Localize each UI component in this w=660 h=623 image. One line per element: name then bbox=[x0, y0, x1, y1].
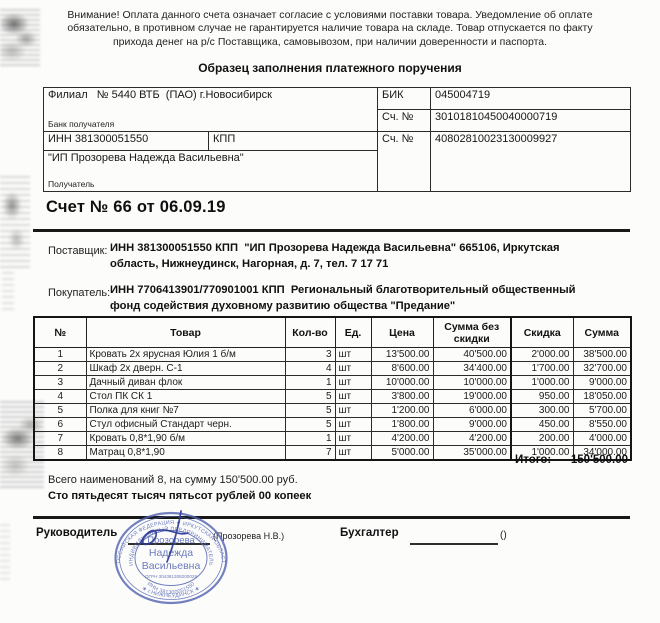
cell-sum: 9'000.00 bbox=[573, 376, 631, 390]
cell-product: Стол ПК СК 1 bbox=[86, 390, 285, 404]
table-row: 1 Кровать 2х ярусная Юлия 1 б/м 3 шт 13'… bbox=[34, 348, 631, 362]
cell-discount: 450.00 bbox=[511, 418, 573, 432]
cell-sum-no-discount: 35'000.00 bbox=[433, 446, 511, 461]
director-label: Руководитель bbox=[36, 527, 117, 539]
cell-index: 7 bbox=[34, 432, 86, 446]
notice-line: прихода денег на р/с Поставщика, самовыв… bbox=[65, 36, 595, 49]
cell-index: 3 bbox=[34, 376, 86, 390]
cell-sum: 4'000.00 bbox=[573, 432, 631, 446]
cell-unit: шт bbox=[335, 418, 371, 432]
header-qty: Кол-во bbox=[285, 317, 335, 348]
cell-sum-no-discount: 9'000.00 bbox=[433, 418, 511, 432]
cell-sum-no-discount: 40'500.00 bbox=[433, 348, 511, 362]
cell-qty: 4 bbox=[285, 362, 335, 376]
cell-qty: 5 bbox=[285, 404, 335, 418]
cell-product: Шкаф 2х дверн. С-1 bbox=[86, 362, 285, 376]
cell-unit: шт bbox=[335, 376, 371, 390]
table-row: 4 Стол ПК СК 1 5 шт 3'800.00 19'000.00 9… bbox=[34, 390, 631, 404]
cell-unit: шт bbox=[335, 446, 371, 461]
bik-label: БИК bbox=[378, 88, 431, 110]
scan-smudge-middle bbox=[0, 172, 30, 268]
header-discount: Скидка bbox=[511, 317, 573, 348]
invoice-document: Внимание! Оплата данного счета означает … bbox=[0, 0, 660, 623]
supplier-value-line: область, Нижнеудинск, Нагорная, д. 7, те… bbox=[110, 256, 630, 272]
settlement-account-value: 40802810023130009927 bbox=[431, 132, 631, 192]
table-row: 5 Полка для книг №7 5 шт 1'200.00 6'000.… bbox=[34, 404, 631, 418]
stamp-ogrn: ОГРН 304381308200029 bbox=[145, 574, 197, 579]
accountant-label: Бухгалтер bbox=[340, 527, 399, 539]
cell-index: 2 bbox=[34, 362, 86, 376]
accountant-name-parens: () bbox=[500, 530, 507, 541]
cell-product: Кровать 0,8*1,90 б/м bbox=[86, 432, 285, 446]
cell-price: 8'600.00 bbox=[371, 362, 433, 376]
buyer-value: ИНН 7706413901/770901001 КПП Региональны… bbox=[110, 282, 630, 314]
buyer-value-line: фонд содействия духовному развитию общес… bbox=[110, 298, 630, 314]
cell-sum-no-discount: 34'400.00 bbox=[433, 362, 511, 376]
cell-sum: 8'550.00 bbox=[573, 418, 631, 432]
cell-index: 6 bbox=[34, 418, 86, 432]
cell-discount: 1'000.00 bbox=[511, 376, 573, 390]
cell-qty: 3 bbox=[285, 348, 335, 362]
items-header-row: № Товар Кол-во Ед. Цена Сумма без скидки… bbox=[34, 317, 631, 348]
cell-product: Дачный диван флок bbox=[86, 376, 285, 390]
cell-index: 1 bbox=[34, 348, 86, 362]
inn-cell: ИНН 381300051550 bbox=[44, 132, 209, 151]
header-unit: Ед. bbox=[335, 317, 371, 348]
notice-line: Внимание! Оплата данного счета означает … bbox=[65, 9, 595, 22]
header-price: Цена bbox=[371, 317, 433, 348]
settlement-account-label: Сч. № bbox=[378, 132, 431, 192]
bik-value: 045004719 bbox=[431, 88, 631, 110]
invoice-title: Счет № 66 от 06.09.19 bbox=[46, 198, 226, 217]
divider-rule-top bbox=[33, 229, 630, 232]
cell-discount: 2'000.00 bbox=[511, 348, 573, 362]
table-row: 6 Стул офисный Стандарт черн. 5 шт 1'800… bbox=[34, 418, 631, 432]
cell-discount: 300.00 bbox=[511, 404, 573, 418]
payment-notice: Внимание! Оплата данного счета означает … bbox=[65, 9, 595, 49]
cell-qty: 1 bbox=[285, 432, 335, 446]
cell-price: 1'800.00 bbox=[371, 418, 433, 432]
scan-smudge-faint-2 bbox=[0, 520, 10, 580]
table-row: 7 Кровать 0,8*1,90 б/м 1 шт 4'200.00 4'2… bbox=[34, 432, 631, 446]
recipient-name: "ИП Прозорева Надежда Васильевна" bbox=[48, 152, 373, 164]
cell-index: 8 bbox=[34, 446, 86, 461]
cell-index: 5 bbox=[34, 404, 86, 418]
kpp-cell: КПП bbox=[209, 132, 378, 151]
header-sum: Сумма bbox=[573, 317, 631, 348]
corr-account-value: 30101810450040000719 bbox=[431, 110, 631, 132]
cell-price: 3'800.00 bbox=[371, 390, 433, 404]
table-row: 3 Дачный диван флок 1 шт 10'000.00 10'00… bbox=[34, 376, 631, 390]
cell-sum-no-discount: 6'000.00 bbox=[433, 404, 511, 418]
cell-qty: 5 bbox=[285, 390, 335, 404]
bank-name-cell: Филиал № 5440 ВТБ (ПАО) г.Новосибирск Ба… bbox=[44, 88, 378, 132]
cell-price: 10'000.00 bbox=[371, 376, 433, 390]
cell-qty: 1 bbox=[285, 376, 335, 390]
cell-price: 5'000.00 bbox=[371, 446, 433, 461]
items-table: № Товар Кол-во Ед. Цена Сумма без скидки… bbox=[33, 316, 632, 461]
header-index: № bbox=[34, 317, 86, 348]
cell-sum-no-discount: 4'200.00 bbox=[433, 432, 511, 446]
recipient-label: Получатель bbox=[48, 179, 373, 189]
amount-in-words: Сто пятьдесят тысяч пятьсот рублей 00 ко… bbox=[48, 490, 311, 502]
bank-details-table: Филиал № 5440 ВТБ (ПАО) г.Новосибирск Ба… bbox=[43, 87, 631, 192]
cell-qty: 7 bbox=[285, 446, 335, 461]
supplier-label: Поставщик: bbox=[48, 245, 107, 257]
cell-sum: 5'700.00 bbox=[573, 404, 631, 418]
sample-payment-order-title: Образец заполнения платежного поручения bbox=[0, 61, 660, 75]
cell-unit: шт bbox=[335, 432, 371, 446]
cell-sum: 38'500.00 bbox=[573, 348, 631, 362]
cell-product: Матрац 0,8*1,90 bbox=[86, 446, 285, 461]
cell-sum-no-discount: 10'000.00 bbox=[433, 376, 511, 390]
cell-discount: 950.00 bbox=[511, 390, 573, 404]
buyer-value-line: ИНН 7706413901/770901001 КПП Региональны… bbox=[110, 282, 630, 298]
cell-sum: 32'700.00 bbox=[573, 362, 631, 376]
cell-sum-no-discount: 19'000.00 bbox=[433, 390, 511, 404]
supplier-value: ИНН 381300051550 КПП "ИП Прозорева Надеж… bbox=[110, 240, 630, 272]
summary-line: Всего наименований 8, на сумму 150'500.0… bbox=[48, 474, 298, 486]
cell-unit: шт bbox=[335, 404, 371, 418]
cell-unit: шт bbox=[335, 362, 371, 376]
cell-unit: шт bbox=[335, 390, 371, 404]
stamp-patronymic: Васильевна bbox=[142, 560, 201, 572]
cell-product: Стул офисный Стандарт черн. bbox=[86, 418, 285, 432]
cell-discount: 200.00 bbox=[511, 432, 573, 446]
scan-smudge-faint-1 bbox=[2, 268, 14, 310]
table-row: 2 Шкаф 2х дверн. С-1 4 шт 8'600.00 34'40… bbox=[34, 362, 631, 376]
cell-price: 1'200.00 bbox=[371, 404, 433, 418]
cell-price: 4'200.00 bbox=[371, 432, 433, 446]
totals-value: 150'500.00 bbox=[571, 454, 628, 466]
bank-name: Филиал № 5440 ВТБ (ПАО) г.Новосибирск bbox=[48, 89, 373, 101]
totals-label: Итого: bbox=[515, 454, 551, 466]
cell-product: Кровать 2х ярусная Юлия 1 б/м bbox=[86, 348, 285, 362]
totals-row: Итого: 150'500.00 bbox=[515, 454, 628, 466]
buyer-label: Покупатель: bbox=[48, 287, 110, 299]
scan-smudge-top bbox=[0, 6, 40, 66]
company-stamp: РОССИЙСКАЯ ФЕДЕРАЦИЯ ★ ИРКУТСКАЯ ОБЛАСТЬ… bbox=[110, 510, 240, 623]
bank-label: Банк получателя bbox=[48, 119, 373, 129]
notice-line: обязательно, в противном случае не гаран… bbox=[65, 22, 595, 35]
cell-index: 4 bbox=[34, 390, 86, 404]
cell-sum: 18'050.00 bbox=[573, 390, 631, 404]
items-tbody: 1 Кровать 2х ярусная Юлия 1 б/м 3 шт 13'… bbox=[34, 348, 631, 461]
accountant-signature-line bbox=[410, 543, 498, 545]
recipient-cell: "ИП Прозорева Надежда Васильевна" Получа… bbox=[44, 151, 378, 192]
header-product: Товар bbox=[86, 317, 285, 348]
supplier-value-line: ИНН 381300051550 КПП "ИП Прозорева Надеж… bbox=[110, 240, 630, 256]
cell-price: 13'500.00 bbox=[371, 348, 433, 362]
cell-unit: шт bbox=[335, 348, 371, 362]
cell-product: Полка для книг №7 bbox=[86, 404, 285, 418]
cell-qty: 5 bbox=[285, 418, 335, 432]
cell-discount: 1'700.00 bbox=[511, 362, 573, 376]
header-sum-no-discount: Сумма без скидки bbox=[433, 317, 511, 348]
corr-account-label: Сч. № bbox=[378, 110, 431, 132]
